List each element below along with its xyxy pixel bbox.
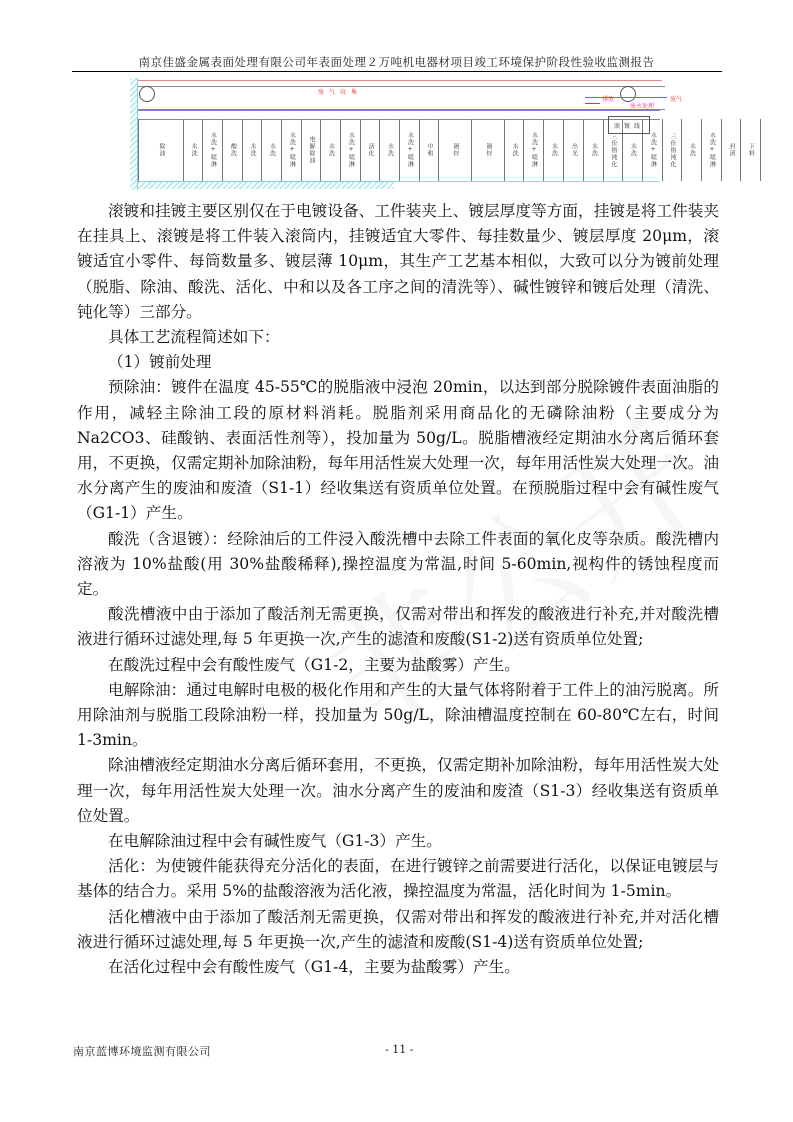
exhaust-duct-line: [130, 80, 662, 81]
tank: 下料: [740, 119, 761, 181]
page-header: 南京佳盛金属表面处理有限公司年表面处理２万吨机电器材项目竣工环境保护阶段性验收监…: [0, 54, 793, 70]
tank: 活化: [360, 119, 379, 181]
tank: 水洗+喷淋: [202, 119, 222, 181]
paragraph: 预除油：镀件在温度 45-55℃的脱脂液中浸泡 20min，以达到部分脱除镀件表…: [77, 375, 719, 526]
tank: 除油: [138, 119, 183, 181]
footer-company: 南京蓝博环境监测有限公司: [73, 1043, 211, 1059]
report-title: 南京佳盛金属表面处理有限公司年表面处理２万吨机电器材项目竣工环境保护阶段性验收监…: [139, 55, 655, 69]
page-number: - 11 -: [385, 1043, 413, 1056]
outlet-arrow-red: [585, 103, 600, 104]
tank: 中和: [419, 119, 438, 181]
paragraph: 在酸洗过程中会有酸性废气（G1-2，主要为盐酸雾）产生。: [77, 653, 719, 678]
floor-line: [394, 181, 660, 182]
header-divider: [72, 71, 722, 72]
pulley-right-icon: [620, 86, 636, 102]
tank: 水洗: [242, 119, 261, 181]
tank-row: 除油水洗水洗+喷淋酸洗水洗水洗水洗+喷淋电解除油水洗水洗+喷淋活化水洗水洗+喷淋…: [138, 119, 761, 181]
paragraph: 酸洗（含退镀）：经除油后的工件浸入酸洗槽中去除工件表面的氧化皮等杂质。酸洗槽内溶…: [77, 527, 719, 603]
tank: 酸洗: [222, 119, 242, 181]
tank: 水洗: [543, 119, 563, 181]
tank: 出光: [563, 119, 583, 181]
floor-hatch: [138, 181, 394, 189]
tank: 镀锌: [438, 119, 471, 181]
paragraph: 具体工艺流程简述如下：: [77, 325, 719, 350]
tank: 水洗+喷淋: [340, 119, 360, 181]
outlet-arrow-blue: [585, 97, 667, 98]
paragraph: 在活化过程中会有酸性废气（G1-4，主要为盐酸雾）产生。: [77, 955, 719, 980]
tank: 水洗+喷淋: [523, 119, 543, 181]
paragraph: 在电解除油过程中会有碱性废气（G1-3）产生。: [77, 829, 719, 854]
exhaust-label: 废气収集: [318, 87, 362, 96]
outlet-label-3: 废水处理: [630, 101, 654, 110]
wall-hatch: [130, 78, 138, 190]
paragraph: 酸洗槽液中由于添加了酸活剂无需更换，仅需对带出和挥发的酸液进行补充,并对酸洗槽液…: [77, 602, 719, 652]
paragraph: 活化槽液中由于添加了酸活剂无需更换，仅需对带出和挥发的酸液进行补充,并对活化槽液…: [77, 905, 719, 955]
overhead-rail: [138, 86, 665, 110]
tank: 电解除油: [301, 119, 320, 181]
tank: 三价铬钝化: [662, 119, 681, 181]
paragraph: 滚镀和挂镀主要区别仅在于电镀设备、工件装夹上、镀层厚度等方面，挂镀是将工件装夹在…: [77, 199, 719, 325]
line-legend-box: 滚镀线: [608, 116, 650, 134]
tank: 水洗: [583, 119, 603, 181]
body-text: 滚镀和挂镀主要区别仅在于电镀设备、工件装夹上、镀层厚度等方面，挂镀是将工件装夹在…: [77, 199, 719, 980]
tank: 水洗+喷淋: [701, 119, 721, 181]
tank: 水洗: [681, 119, 701, 181]
paragraph: （1）镀前处理: [77, 350, 719, 375]
paragraph: 电解除油：通过电解时电极的极化作用和产生的大量气体将附着于工件上的油污脱离。所用…: [77, 678, 719, 754]
outlet-label-1: 排放: [602, 94, 614, 103]
tank: 水洗: [183, 119, 202, 181]
tank: 水洗: [320, 119, 340, 181]
outlet-label-2: 废气: [670, 94, 682, 103]
tank: 水洗: [261, 119, 281, 181]
process-flow-diagram: 废气収集 排放 废气 废水处理 除油水洗水洗+喷淋酸洗水洗水洗水洗+喷淋电解除油…: [130, 78, 690, 190]
tank: 水洗: [504, 119, 523, 181]
pulley-left-icon: [139, 86, 155, 102]
paragraph: 除油槽液经定期油水分离后循环套用，不更换，仅需定期补加除油粉，每年用活性炭大处理…: [77, 753, 719, 829]
tank: 水洗+喷淋: [281, 119, 301, 181]
tank: 镀锌: [471, 119, 504, 181]
tank: 水洗: [379, 119, 399, 181]
tank: 水洗+喷淋: [399, 119, 419, 181]
paragraph: 活化：为使镀件能获得充分活化的表面，在进行镀锌之前需要进行活化，以保证电镀层与基…: [77, 854, 719, 904]
tank: 封闭: [721, 119, 740, 181]
